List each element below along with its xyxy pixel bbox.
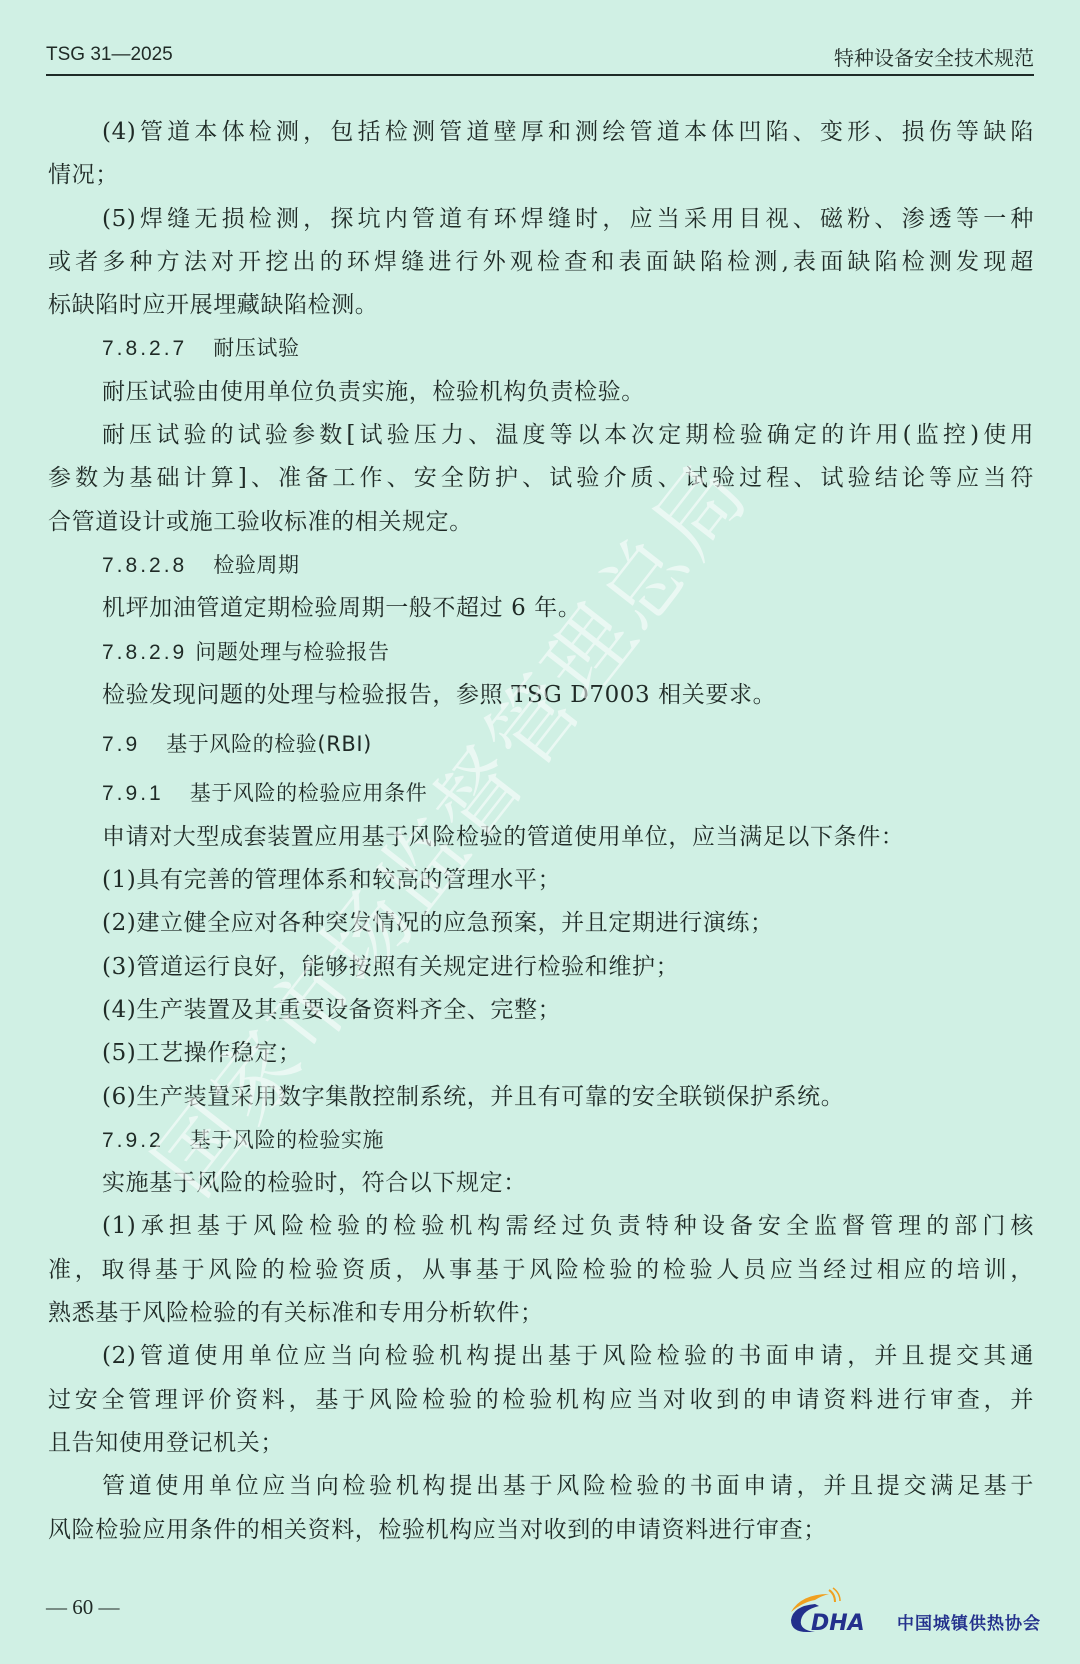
paragraph-line: 检验发现问题的处理与检验报告，参照 TSG D7003 相关要求。 [48,674,1034,717]
paragraph-line: 管道使用单位应当向检验机构提出基于风险检验的书面申请，并且提交满足基于 [48,1465,1034,1508]
paragraph-line: 耐压试验的试验参数[试验压力、温度等以本次定期检验确定的许用(监控)使用 [48,414,1034,457]
section-title: 问题处理与检验报告 [195,640,389,664]
list-item: (5)工艺操作稳定； [48,1032,1034,1075]
section-heading-7-9-1: 7.9.1基于风险的检验应用条件 [48,772,1034,815]
list-item: (2)建立健全应对各种突发情况的应急预案，并且定期进行演练； [48,902,1034,945]
paragraph-line: 合管道设计或施工验收标准的相关规定。 [48,501,1034,544]
paragraph-line: 且告知使用登记机关； [48,1422,1034,1465]
page-body: (4)管道本体检测，包括检测管道壁厚和测绘管道本体凹陷、变形、损伤等缺陷 情况；… [48,111,1034,1552]
paragraph-line: (5)焊缝无损检测，探坑内管道有环焊缝时，应当采用目视、磁粉、渗透等一种 [48,198,1034,241]
section-heading-7-8-2-9: 7.8.2.9问题处理与检验报告 [48,631,1034,674]
page-number: — 60 — [46,1595,120,1620]
paragraph-line: (2)管道使用单位应当向检验机构提出基于风险检验的书面申请，并且提交其通 [48,1335,1034,1378]
paragraph-line: 实施基于风险的检验时，符合以下规定： [48,1162,1034,1205]
paragraph-line: 准，取得基于风险的检验资质，从事基于风险检验的检验人员应当经过相应的培训， [48,1249,1034,1292]
paragraph-line: 标缺陷时应开展埋藏缺陷检测。 [48,284,1034,327]
section-number: 7.8.2.9 [102,631,187,674]
section-heading-7-8-2-7: 7.8.2.7耐压试验 [48,327,1034,370]
section-title: 检验周期 [213,553,299,577]
section-title: 基于风险的检验应用条件 [190,781,428,805]
list-item: (3)管道运行良好，能够按照有关规定进行检验和维护； [48,946,1034,989]
paragraph-line: 风险检验应用条件的相关资料，检验机构应当对收到的申请资料进行审查； [48,1509,1034,1552]
section-number: 7.9.2 [102,1119,164,1162]
section-number: 7.8.2.8 [102,544,187,587]
paragraph-line: 机坪加油管道定期检验周期一般不超过 6 年。 [48,587,1034,630]
org-name: 中国城镇供热协会 [897,1609,1041,1634]
paragraph-line: 申请对大型成套装置应用基于风险检验的管道使用单位，应当满足以下条件： [48,816,1034,859]
section-title: 基于风险的检验(RBI) [166,732,372,756]
section-number: 7.9.1 [102,772,164,815]
org-logo: DHA 中国城镇供热协会 [785,1586,1055,1636]
paragraph-line: 或者多种方法对开挖出的环焊缝进行外观检查和表面缺陷检测,表面缺陷检测发现超 [48,241,1034,284]
paragraph-line: 情况； [48,154,1034,197]
paragraph-line: 熟悉基于风险检验的有关标准和专用分析软件； [48,1292,1034,1335]
section-heading-7-9: 7.9基于风险的检验(RBI) [48,723,1034,766]
page-header: TSG 31—2025 特种设备安全技术规范 [46,40,1034,76]
list-item: (4)生产装置及其重要设备资料齐全、完整； [48,989,1034,1032]
paragraph-line: 过安全管理评价资料，基于风险检验的检验机构应当对收到的申请资料进行审查，并 [48,1379,1034,1422]
section-number: 7.9 [102,723,140,766]
doc-code: TSG 31—2025 [46,44,173,66]
section-heading-7-9-2: 7.9.2基于风险的检验实施 [48,1119,1034,1162]
series-title: 特种设备安全技术规范 [834,42,1034,71]
paragraph-line: 耐压试验由使用单位负责实施，检验机构负责检验。 [48,371,1034,414]
section-title: 基于风险的检验实施 [190,1128,384,1152]
section-heading-7-8-2-8: 7.8.2.8检验周期 [48,544,1034,587]
paragraph-line: (1)承担基于风险检验的检验机构需经过负责特种设备安全监督管理的部门核 [48,1205,1034,1248]
section-number: 7.8.2.7 [102,327,187,370]
paragraph-line: (4)管道本体检测，包括检测管道壁厚和测绘管道本体凹陷、变形、损伤等缺陷 [48,111,1034,154]
section-title: 耐压试验 [213,336,299,360]
cdha-logo-icon: DHA [785,1586,895,1636]
paragraph-line: 参数为基础计算]、准备工作、安全防护、试验介质、试验过程、试验结论等应当符 [48,457,1034,500]
list-item: (1)具有完善的管理体系和较高的管理水平； [48,859,1034,902]
svg-text:DHA: DHA [811,1611,865,1636]
list-item: (6)生产装置采用数字集散控制系统，并且有可靠的安全联锁保护系统。 [48,1076,1034,1119]
